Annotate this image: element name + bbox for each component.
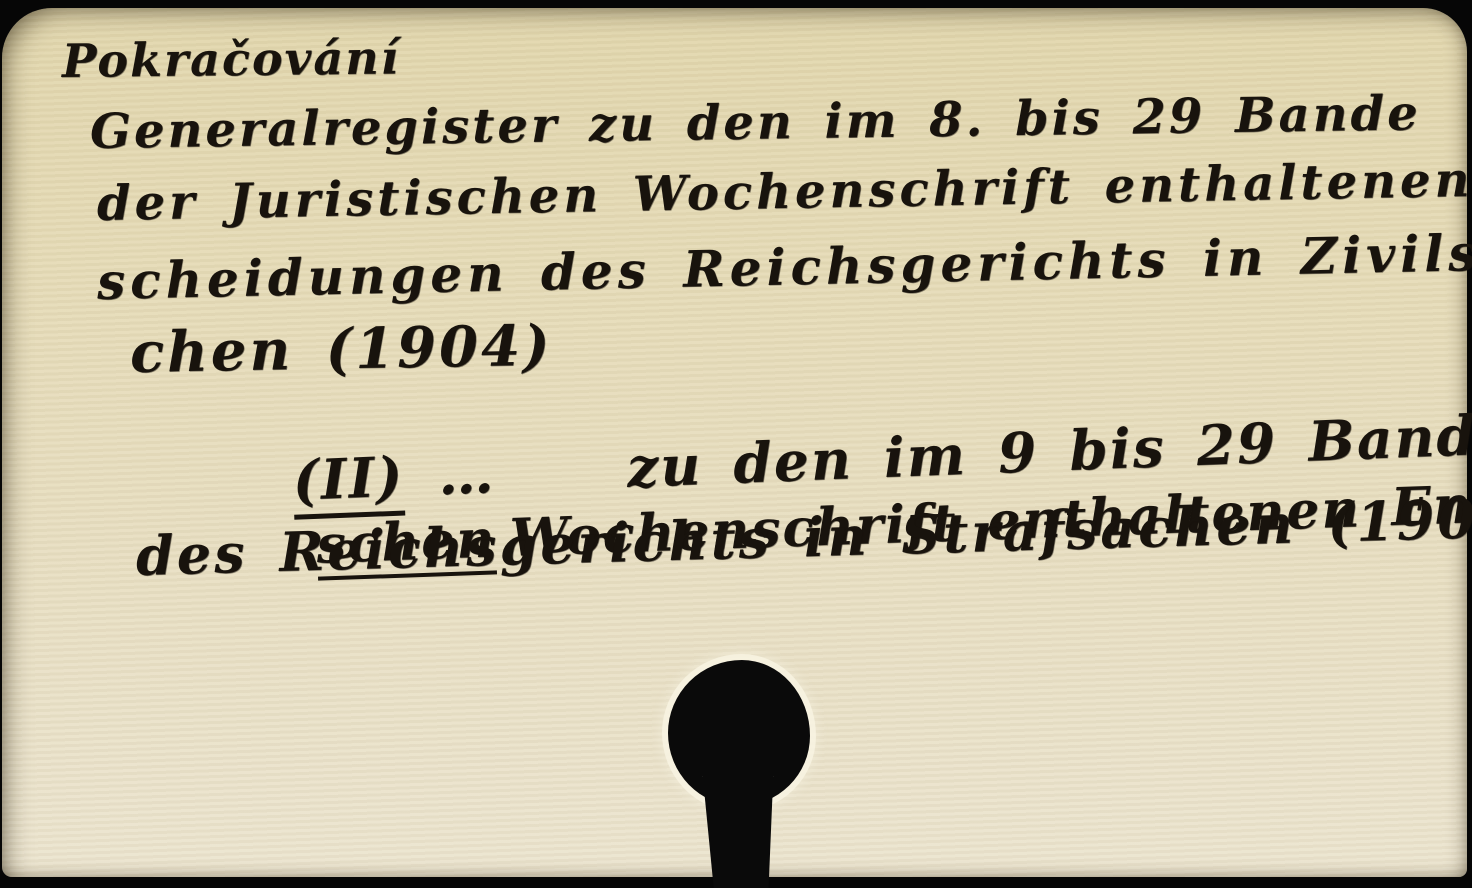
catalog-card: Pokračování Generalregister zu den im 8.… [2,8,1467,877]
entry1-line1: Generalregister zu den im 8. bis 29 Band… [90,85,1421,160]
entry1-line3: scheidungen des Reichsgerichts in Zivils… [96,222,1472,311]
scan-background: Pokračování Generalregister zu den im 8.… [0,0,1472,888]
card-heading: Pokračování [62,30,401,88]
entry1-line2: der Juristischen Wochenschrift enthalten… [97,149,1472,232]
punch-hole-stem [696,776,780,888]
